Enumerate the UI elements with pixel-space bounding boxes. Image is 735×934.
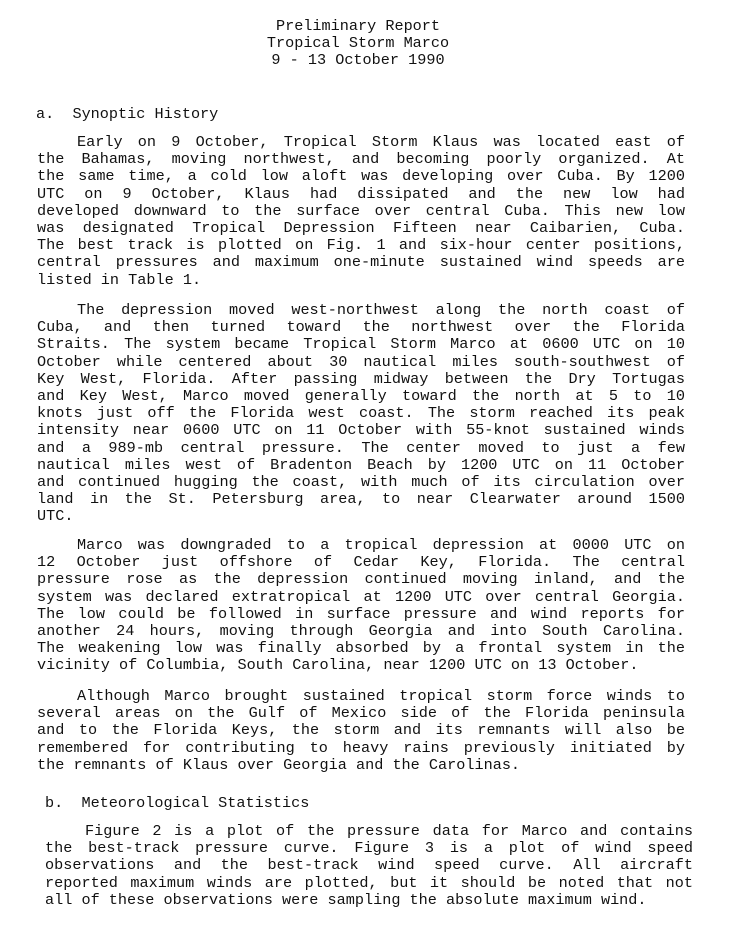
- text-line: the remnants of Klaus over Georgia and t…: [37, 757, 685, 774]
- text-line: Early on 9 October, Tropical Storm Klaus…: [37, 134, 685, 151]
- text-line: and a 989-mb central pressure. The cente…: [37, 440, 685, 457]
- text-line: The low could be followed in surface pre…: [37, 606, 685, 623]
- text-line: 12 October just offshore of Cedar Key, F…: [37, 554, 685, 571]
- paragraph-figures-description: Figure 2 is a plot of the pressure data …: [45, 823, 693, 909]
- text-line: pressure rose as the depression continue…: [37, 571, 685, 588]
- text-line: central pressures and maximum one-minute…: [37, 254, 685, 271]
- text-line: several areas on the Gulf of Mexico side…: [37, 705, 685, 722]
- text-line: vicinity of Columbia, South Carolina, ne…: [37, 657, 685, 674]
- text-line: Although Marco brought sustained tropica…: [37, 688, 685, 705]
- text-line: was designated Tropical Depression Fifte…: [37, 220, 685, 237]
- text-line: Straits. The system became Tropical Stor…: [37, 336, 685, 353]
- section-heading-meteorological-statistics: b. Meteorological Statistics: [45, 795, 309, 812]
- text-line: Marco was downgraded to a tropical depre…: [37, 537, 685, 554]
- text-line: land in the St. Petersburg area, to near…: [37, 491, 685, 508]
- report-type: Preliminary Report: [0, 18, 716, 35]
- text-line: system was declared extratropical at 120…: [37, 589, 685, 606]
- text-line: all of these observations were sampling …: [45, 892, 693, 909]
- storm-name: Tropical Storm Marco: [0, 35, 716, 52]
- paragraph-downgrade-extratropical: Marco was downgraded to a tropical depre…: [37, 537, 685, 675]
- text-line: The best track is plotted on Fig. 1 and …: [37, 237, 685, 254]
- text-line: the best-track pressure curve. Figure 3 …: [45, 840, 693, 857]
- text-line: nautical miles west of Bradenton Beach b…: [37, 457, 685, 474]
- text-line: listed in Table 1.: [37, 272, 685, 289]
- text-line: intensity near 0600 UTC on 11 October wi…: [37, 422, 685, 439]
- text-line: and continued hugging the coast, with mu…: [37, 474, 685, 491]
- text-line: the same time, a cold low aloft was deve…: [37, 168, 685, 185]
- storm-dates: 9 - 13 October 1990: [0, 52, 716, 69]
- text-line: reported maximum winds are plotted, but …: [45, 875, 693, 892]
- text-line: Key West, Florida. After passing midway …: [37, 371, 685, 388]
- text-line: knots just off the Florida west coast. T…: [37, 405, 685, 422]
- paragraph-impacts: Although Marco brought sustained tropica…: [37, 688, 685, 774]
- text-line: developed downward to the surface over c…: [37, 203, 685, 220]
- text-line: Figure 2 is a plot of the pressure data …: [45, 823, 693, 840]
- text-line: Cuba, and then turned toward the northwe…: [37, 319, 685, 336]
- text-line: The depression moved west-northwest alon…: [37, 302, 685, 319]
- text-line: another 24 hours, moving through Georgia…: [37, 623, 685, 640]
- text-line: and to the Florida Keys, the storm and i…: [37, 722, 685, 739]
- report-header: Preliminary Report Tropical Storm Marco …: [0, 18, 716, 69]
- text-line: observations and the best-track wind spe…: [45, 857, 693, 874]
- paragraph-klaus-origin: Early on 9 October, Tropical Storm Klaus…: [37, 134, 685, 289]
- text-line: the Bahamas, moving northwest, and becom…: [37, 151, 685, 168]
- text-line: UTC.: [37, 508, 685, 525]
- text-line: UTC on 9 October, Klaus had dissipated a…: [37, 186, 685, 203]
- text-line: October while centered about 30 nautical…: [37, 354, 685, 371]
- text-line: and Key West, Marco moved generally towa…: [37, 388, 685, 405]
- text-line: The weakening low was finally absorbed b…: [37, 640, 685, 657]
- section-heading-synoptic-history: a. Synoptic History: [36, 106, 218, 123]
- text-line: remembered for contributing to heavy rai…: [37, 740, 685, 757]
- paragraph-track-florida: The depression moved west-northwest alon…: [37, 302, 685, 525]
